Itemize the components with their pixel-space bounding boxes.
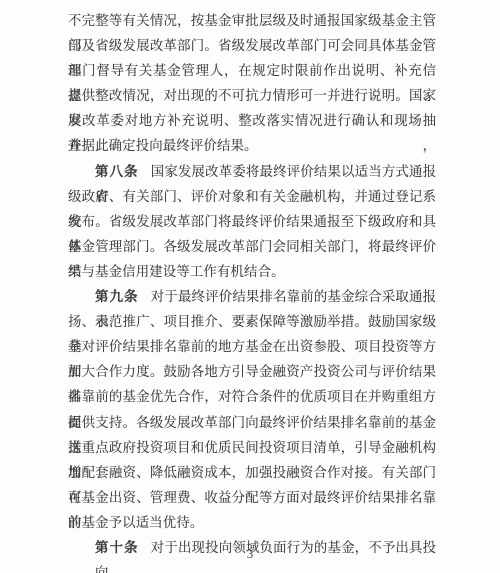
- document-body: 不完整等有关情况，按基金审批层级及时通报国家级基金主管部 门及省级发展改革部门。…: [68, 8, 436, 560]
- article-9-heading-line: 第九条对于最终评价结果排名靠前的基金综合采取通报表: [68, 284, 436, 309]
- text-line: 扬、示范推广、项目推介、要素保障等激励举措。鼓励国家级基: [68, 309, 436, 334]
- text-line: 提供整改情况，对出现的不可抗力情形可一并进行说明。国家发: [68, 83, 436, 108]
- text-line: 级政府、有关部门、评价对象和有关金融机构，并通过登记系统: [68, 184, 436, 209]
- page-number: 3: [0, 544, 500, 564]
- text-line: 展改革委对地方补充说明、整改落实情况进行确认和现场抽查，: [68, 108, 436, 133]
- text-line: 名靠前的基金优先合作，对符合条件的优质项目在并购重组方面: [68, 384, 436, 409]
- article-8-heading-line: 第八条国家发展改革委将最终评价结果以适当方式通报省: [68, 159, 436, 184]
- article-8-number: 第八条: [95, 164, 139, 179]
- text-line: 基金管理部门。各级发展改革部门会同相关部门，将最终评价结: [68, 234, 436, 259]
- article-9-number: 第九条: [95, 289, 139, 304]
- text-line: 在基金出资、管理费、收益分配等方面对最终评价结果排名靠前: [68, 485, 436, 510]
- text-line: 加配套融资、降低融资成本，加强投融资合作对接。有关部门可: [68, 460, 436, 485]
- text-line: 不完整等有关情况，按基金审批层级及时通报国家级基金主管部: [68, 8, 436, 33]
- text-line: 送重点政府投资项目和优质民间投资项目清单，引导金融机构增: [68, 435, 436, 460]
- text-line: 门及省级发展改革部门。省级发展改革部门可会同具体基金管理: [68, 33, 436, 58]
- text-line: 提供支持。各级发展改革部门向最终评价结果排名靠前的基金推: [68, 410, 436, 435]
- text-line: 加大合作力度。鼓励各地方引导金融资产投资公司与评价结果排: [68, 359, 436, 384]
- text-line: 部门督导有关基金管理人，在规定时限前作出说明、补充信息、: [68, 58, 436, 83]
- document-page: 不完整等有关情况，按基金审批层级及时通报国家级基金主管部 门及省级发展改革部门。…: [0, 0, 500, 573]
- text-line: 的基金予以适当优待。: [68, 510, 436, 535]
- text-line: 果与基金信用建设等工作有机结合。: [68, 259, 436, 284]
- text-line: 金对评价结果排名靠前的地方基金在出资参股、项目投资等方面: [68, 334, 436, 359]
- text-line: 发布。省级发展改革部门将最终评价结果通报至下级政府和具体: [68, 209, 436, 234]
